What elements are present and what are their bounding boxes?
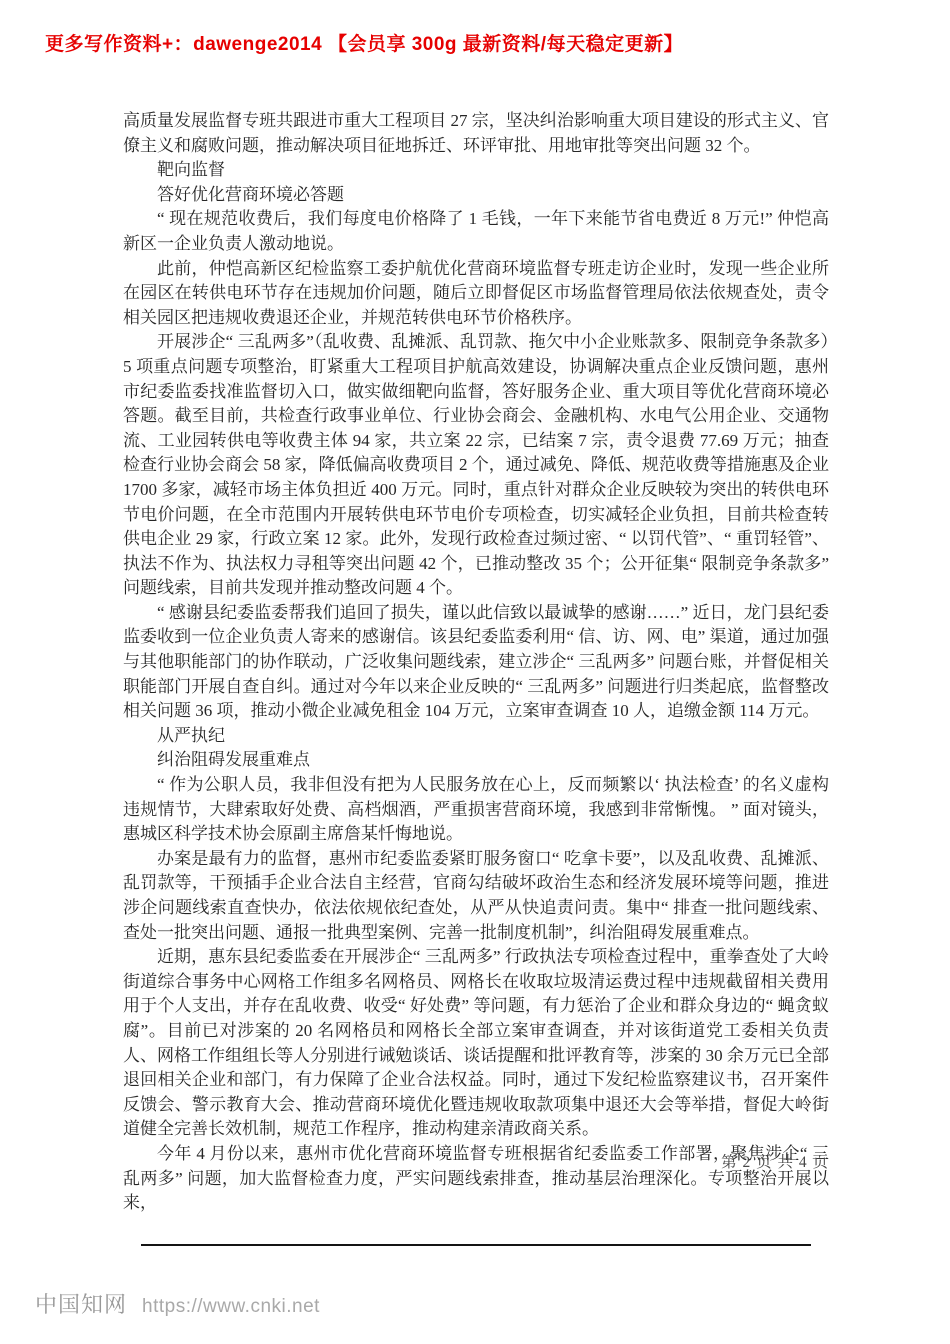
- section-heading: 从严执纪: [123, 724, 829, 749]
- paragraph: “ 感谢县纪委监委帮我们追回了损失，谨以此信致以最诚挚的感谢……” 近日，龙门县…: [123, 601, 829, 724]
- document-page: 更多写作资料+：dawenge2014 【会员享 300g 最新资料/每天稳定更…: [0, 0, 950, 1344]
- paragraph: 此前，仲恺高新区纪检监察工委护航优化营商环境监督专班走访企业时，发现一些企业所在…: [123, 257, 829, 331]
- section-subheading: 纠治阻碍发展重难点: [123, 748, 829, 773]
- paragraph: 高质量发展监督专班共跟进市重大工程项目 27 宗，坚决纠治影响重大项目建设的形式…: [123, 109, 829, 158]
- cnki-logo: 中国知网: [35, 1288, 127, 1319]
- section-subheading: 答好优化营商环境必答题: [123, 183, 829, 208]
- paragraph: 近期，惠东县纪委监委在开展涉企“ 三乱两多” 行政执法专项检查过程中，重拳查处了…: [123, 945, 829, 1142]
- cnki-footer: 中国知网 https://www.cnki.net: [35, 1288, 320, 1319]
- page-number: 第 2 页 共 4 页: [123, 1150, 829, 1172]
- document-body: 高质量发展监督专班共跟进市重大工程项目 27 宗，坚决纠治影响重大项目建设的形式…: [123, 109, 829, 1216]
- paragraph: 开展涉企“ 三乱两多”（乱收费、乱摊派、乱罚款、拖欠中小企业账款多、限制竞争条款…: [123, 330, 829, 601]
- footer-divider: [141, 1244, 811, 1246]
- promo-banner-text: 更多写作资料+：dawenge2014 【会员享 300g 最新资料/每天稳定更…: [45, 32, 905, 58]
- paragraph: “ 现在规范收费后，我们每度电价格降了 1 毛钱，一年下来能节省电费近 8 万元…: [123, 207, 829, 256]
- paragraph: 办案是最有力的监督，惠州市纪委监委紧盯服务窗口“ 吃拿卡要”，以及乱收费、乱摊派…: [123, 847, 829, 945]
- section-heading: 靶向监督: [123, 158, 829, 183]
- paragraph: “ 作为公职人员，我非但没有把为人民服务放在心上，反而频繁以‘ 执法检查’ 的名…: [123, 773, 829, 847]
- cnki-url: https://www.cnki.net: [142, 1296, 320, 1318]
